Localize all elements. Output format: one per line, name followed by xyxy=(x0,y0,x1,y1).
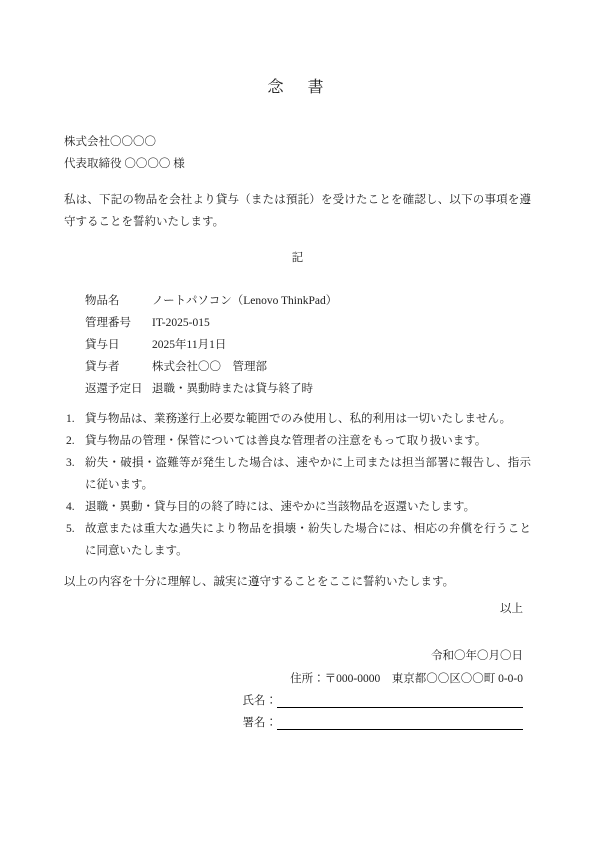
detail-row-return-date: 返還予定日 退職・異動時または貸与終了時 xyxy=(85,378,531,400)
address-value: 〒000-0000 東京都〇〇区〇〇町 0-0-0 xyxy=(325,673,523,685)
detail-value: IT-2025-015 xyxy=(152,312,531,334)
pledge-item-5: 5. 故意または重大な過失により物品を損壊・紛失した場合には、相応の弁償を行うこ… xyxy=(64,518,531,562)
pledge-text: 貸与物品の管理・保管については善良な管理者の注意をもって取り扱います。 xyxy=(85,430,531,452)
signature-row: 署名： xyxy=(64,712,531,734)
pledge-number: 1. xyxy=(66,408,85,430)
detail-row-asset-number: 管理番号 IT-2025-015 xyxy=(85,312,531,334)
record-marker: 記 xyxy=(64,247,531,269)
name-label: 氏名： xyxy=(243,690,278,712)
detail-row-item-name: 物品名 ノートパソコン（Lenovo ThinkPad） xyxy=(85,290,531,312)
detail-value: 退職・異動時または貸与終了時 xyxy=(152,378,531,400)
pledge-item-2: 2. 貸与物品の管理・保管については善良な管理者の注意をもって取り扱います。 xyxy=(64,430,531,452)
detail-label: 貸与者 xyxy=(85,356,152,378)
pledge-list: 1. 貸与物品は、業務遂行上必要な範囲でのみ使用し、私的利用は一切いたしません。… xyxy=(64,408,531,562)
pledge-item-4: 4. 退職・異動・貸与目的の終了時には、速やかに当該物品を返還いたします。 xyxy=(64,496,531,518)
detail-value: 株式会社〇〇 管理部 xyxy=(152,356,531,378)
address-label: 住所： xyxy=(290,673,325,685)
address-row: 住所：〒000-0000 東京都〇〇区〇〇町 0-0-0 xyxy=(64,668,531,690)
pledge-number: 5. xyxy=(66,518,85,562)
pledge-text: 紛失・破損・盗難等が発生した場合は、速やかに上司または担当部署に報告し、指示に従… xyxy=(85,452,531,496)
loaned-item-details: 物品名 ノートパソコン（Lenovo ThinkPad） 管理番号 IT-202… xyxy=(64,290,531,400)
document-title: 念 書 xyxy=(64,76,531,100)
name-row: 氏名： xyxy=(64,690,531,712)
detail-row-lender: 貸与者 株式会社〇〇 管理部 xyxy=(85,356,531,378)
pledge-number: 4. xyxy=(66,496,85,518)
memorandum-document: 念 書 株式会社〇〇〇〇 代表取締役 〇〇〇〇 様 私は、下記の物品を会社より貸… xyxy=(0,0,595,842)
detail-label: 返還予定日 xyxy=(85,378,152,400)
detail-label: 貸与日 xyxy=(85,334,152,356)
pledge-item-3: 3. 紛失・破損・盗難等が発生した場合は、速やかに上司または担当部署に報告し、指… xyxy=(64,452,531,496)
pledge-number: 3. xyxy=(66,452,85,496)
detail-value: ノートパソコン（Lenovo ThinkPad） xyxy=(152,290,531,312)
pledge-text: 退職・異動・貸与目的の終了時には、速やかに当該物品を返還いたします。 xyxy=(85,496,531,518)
signature-underline xyxy=(277,714,523,730)
name-underline xyxy=(277,692,523,708)
detail-label: 物品名 xyxy=(85,290,152,312)
recipient-person: 代表取締役 〇〇〇〇 様 xyxy=(64,153,531,175)
pledge-number: 2. xyxy=(66,430,85,452)
recipient-company: 株式会社〇〇〇〇 xyxy=(64,131,531,153)
intro-paragraph: 私は、下記の物品を会社より貸与（または預託）を受けたことを確認し、以下の事項を遵… xyxy=(64,189,531,233)
pledge-item-1: 1. 貸与物品は、業務遂行上必要な範囲でのみ使用し、私的利用は一切いたしません。 xyxy=(64,408,531,430)
pledge-text: 故意または重大な過失により物品を損壊・紛失した場合には、相応の弁償を行うことに同… xyxy=(85,518,531,562)
closing-paragraph: 以上の内容を十分に理解し、誠実に遵守することをここに誓約いたします。 xyxy=(64,571,531,593)
detail-label: 管理番号 xyxy=(85,312,152,334)
detail-value: 2025年11月1日 xyxy=(152,334,531,356)
end-marker: 以上 xyxy=(64,598,531,620)
signature-date: 令和〇年〇月〇日 xyxy=(64,645,531,667)
recipient-block: 株式会社〇〇〇〇 代表取締役 〇〇〇〇 様 xyxy=(64,131,531,175)
detail-row-loan-date: 貸与日 2025年11月1日 xyxy=(85,334,531,356)
signature-label: 署名： xyxy=(243,712,278,734)
pledge-text: 貸与物品は、業務遂行上必要な範囲でのみ使用し、私的利用は一切いたしません。 xyxy=(85,408,531,430)
